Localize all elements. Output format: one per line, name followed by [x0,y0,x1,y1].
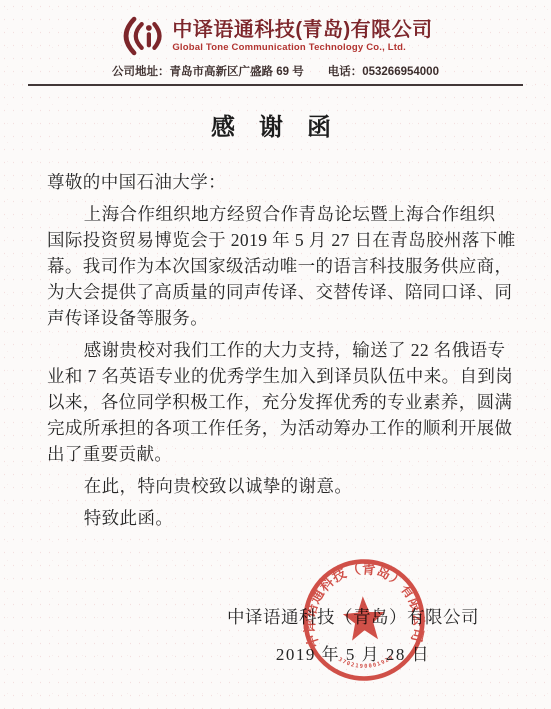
company-name-en: Global Tone Communication Technology Co.… [172,42,432,53]
paragraph-4: 特致此函。 [47,505,523,531]
body-line: 特致此函。 [47,505,523,531]
body-line: 国际投资贸易博览会于 2019 年 5 月 27 日在青岛胶州落下帷 [47,227,523,253]
seal-star-icon [342,595,386,641]
paragraph-3: 在此，特向贵校致以诚挚的谢意。 [47,473,523,499]
letterhead-text: 中译语通科技(青岛)有限公司 Global Tone Communication… [172,19,432,53]
body-line: 在此，特向贵校致以诚挚的谢意。 [47,473,523,499]
soundwave-logo-icon [118,15,162,57]
body-line: 幕。我司作为本次国家级活动唯一的语言科技服务供应商， [47,253,523,279]
paragraph-1: 上海合作组织地方经贸合作青岛论坛暨上海合作组织 国际投资贸易博览会于 2019 … [47,201,523,331]
company-seal-stamp: 中译语通科技（青岛）有限公司 3702190001920 [296,552,433,689]
svg-text:3702190001920: 3702190001920 [337,654,396,671]
letter-body: 尊敬的中国石油大学： 上海合作组织地方经贸合作青岛论坛暨上海合作组织 国际投资贸… [0,169,551,531]
body-line: 以来，各位同学积极工作，充分发挥优秀的专业素养，圆满 [47,389,523,415]
salutation: 尊敬的中国石油大学： [47,169,523,195]
body-line: 为大会提供了高质量的同声传译、交替传译、陪同口译、同 [47,279,523,305]
body-line: 业和 7 名英语专业的优秀学生加入到译员队伍中来。自到岗 [47,363,523,389]
body-line: 出了重要贡献。 [47,441,523,467]
letterhead: 中译语通科技(青岛)有限公司 Global Tone Communication… [0,0,551,57]
company-name-cn: 中译语通科技(青岛)有限公司 [172,19,432,41]
letterhead-divider [28,84,523,86]
body-line: 上海合作组织地方经贸合作青岛论坛暨上海合作组织 [47,201,523,227]
contact-line: 公司地址：青岛市高新区广盛路 69 号 电话：053266954000 [0,63,551,79]
company-phone: 电话：053266954000 [328,63,439,79]
body-line: 声传译设备等服务。 [47,305,523,331]
seal-serial-number: 3702190001920 [337,654,396,671]
paragraph-2: 感谢贵校对我们工作的大力支持，输送了 22 名俄语专 业和 7 名英语专业的优秀… [47,337,523,467]
body-line: 完成所承担的各项工作任务，为活动筹办工作的顺利开展做 [47,415,523,441]
letter-title: 感 谢 函 [0,107,551,142]
scanned-letter-page: 中译语通科技(青岛)有限公司 Global Tone Communication… [0,0,551,709]
company-address: 公司地址：青岛市高新区广盛路 69 号 [112,63,304,79]
body-line: 感谢贵校对我们工作的大力支持，输送了 22 名俄语专 [47,337,523,363]
